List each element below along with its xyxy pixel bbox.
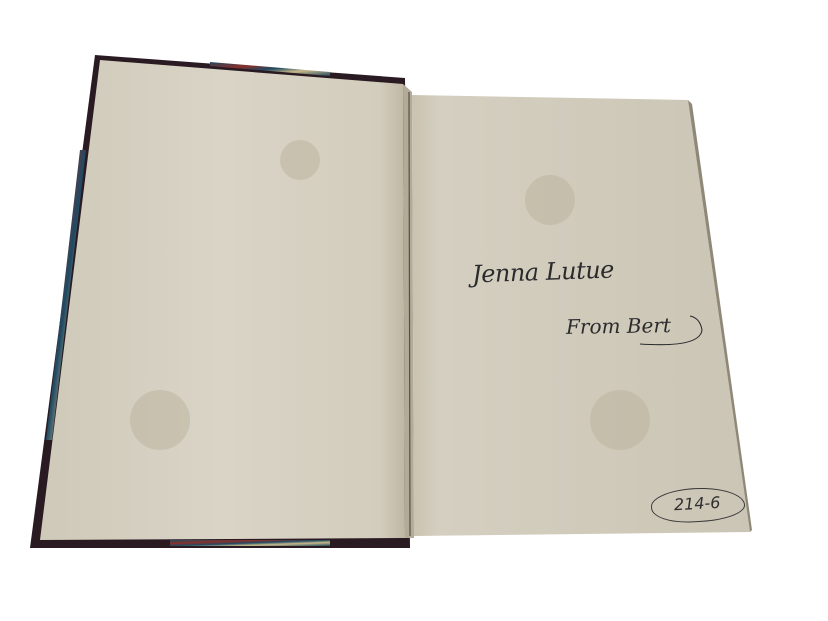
inscription-name: Jenna Lutue xyxy=(472,256,615,289)
catalog-number: 214-6 xyxy=(673,493,720,514)
book-illustration xyxy=(0,0,828,621)
left-page xyxy=(40,60,405,540)
inscription-from: From Bert xyxy=(566,313,671,339)
book-photo: Jenna Lutue From Bert 214-6 xyxy=(0,0,828,621)
